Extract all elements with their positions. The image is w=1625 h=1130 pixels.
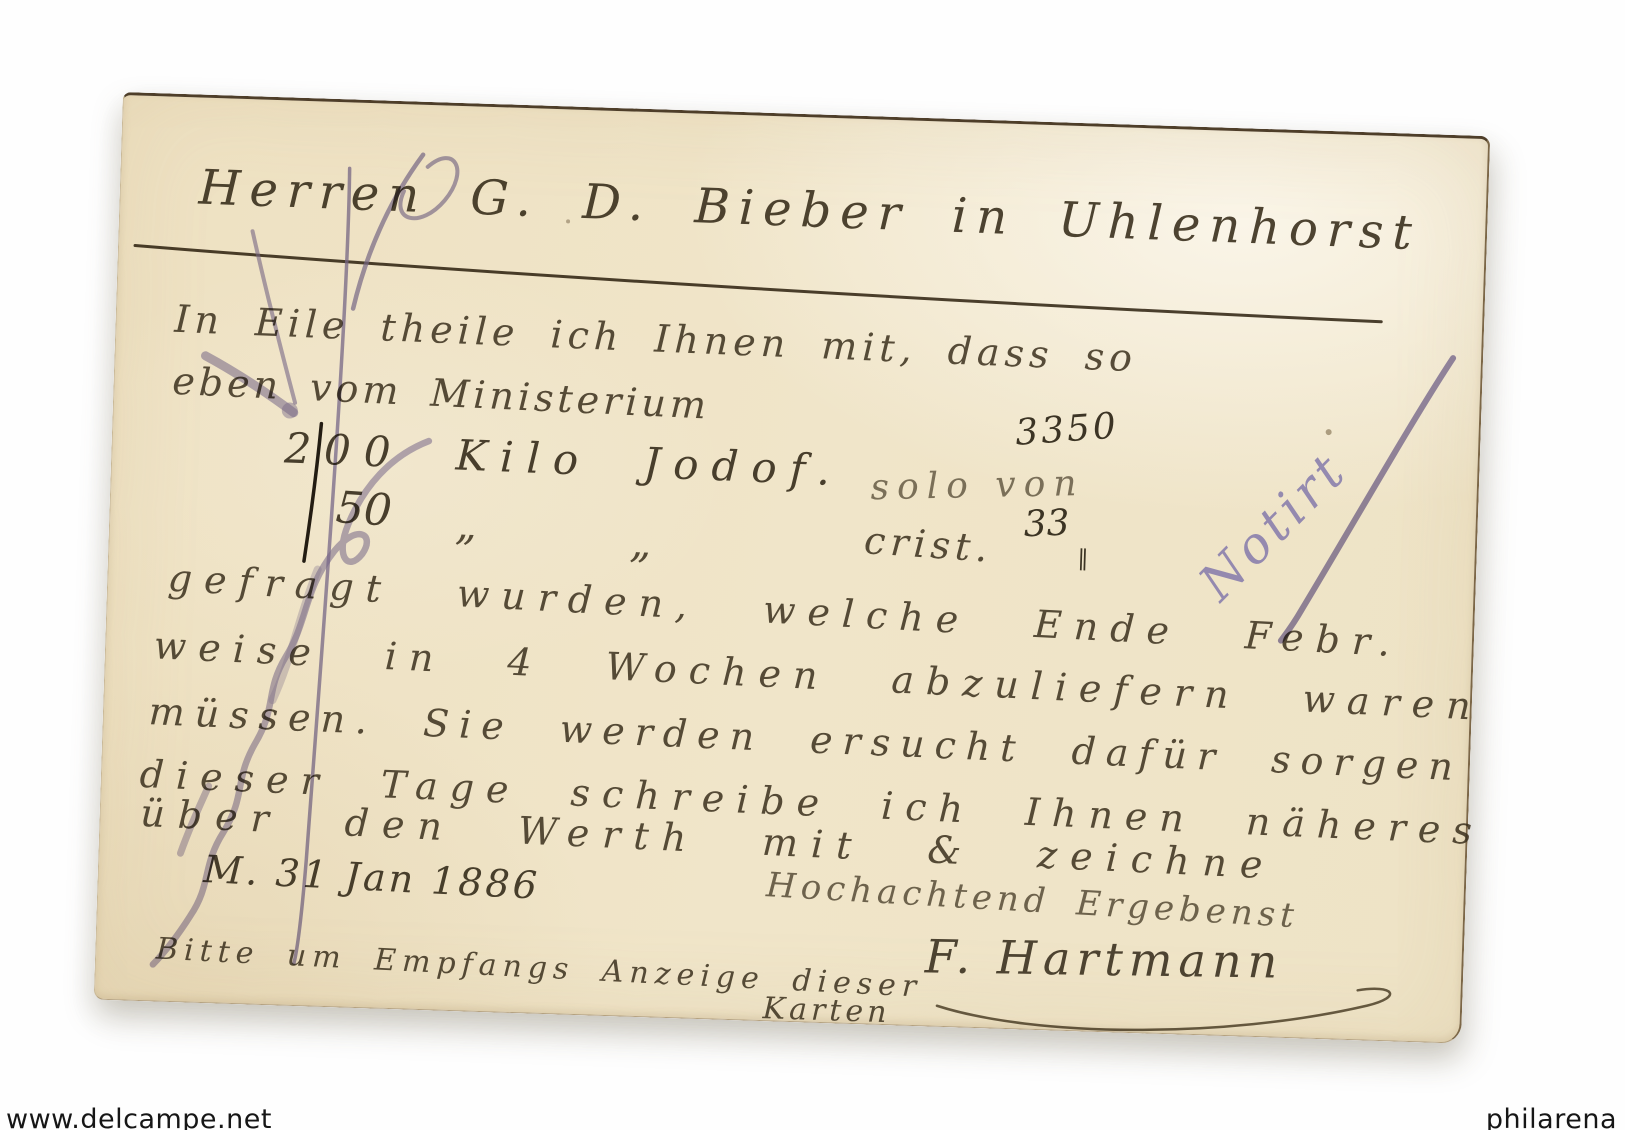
address-line: Herren G. D. Bieber in Uhlenhorst	[198, 164, 1422, 258]
body-line-2: eben vom Ministerium	[172, 362, 711, 425]
ditto-mark-1: „	[455, 504, 478, 547]
scan-background: Herren G. D. Bieber in Uhlenhorst In Eil…	[0, 0, 1625, 1130]
date-line: M. 31 Jan 1886	[203, 850, 541, 905]
postscript-line-2: Karten	[762, 994, 891, 1028]
order-item-2-figure: 33	[1023, 506, 1070, 544]
postcard: Herren G. D. Bieber in Uhlenhorst In Eil…	[94, 92, 1491, 1044]
order-item-2-figure-suffix: ‖	[1077, 548, 1089, 570]
order-item-2-qty: 50	[334, 486, 393, 534]
order-item-1-note: solo von	[870, 466, 1085, 506]
signature: F. Hartmann	[925, 933, 1284, 984]
order-item-2-unit: crist.	[863, 521, 994, 568]
order-item-1: 200 Kilo Jodof.	[284, 427, 844, 492]
watermark-delcampe: www.delcampe.net	[6, 1104, 272, 1130]
ditto-mark-2: „	[629, 522, 652, 565]
order-item-1-figure: 3350	[1014, 408, 1120, 451]
watermark-philarena: philarena	[1486, 1104, 1617, 1130]
paper-stain	[1326, 429, 1332, 435]
purple-annotation-note: Notirt	[1188, 440, 1359, 611]
